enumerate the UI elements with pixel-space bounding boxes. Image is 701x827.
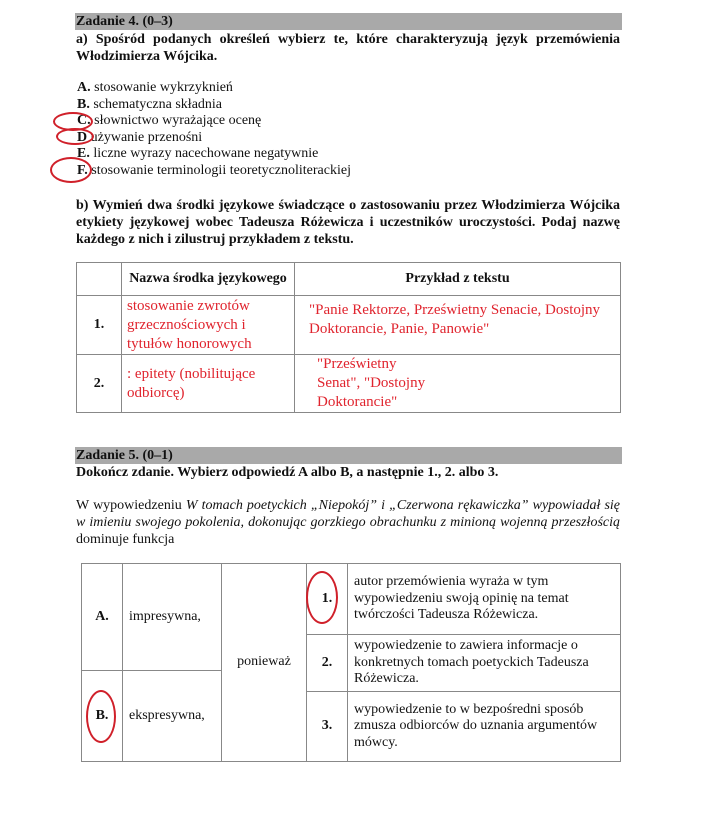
answer-name[interactable]: stosowanie zwrotów grzecznościowych i ty… xyxy=(122,296,295,355)
option-text: słownictwo wyrażające ocenę xyxy=(94,113,261,128)
option-letter: B. xyxy=(77,97,90,112)
row-number: 2. xyxy=(77,355,122,413)
task5-sentence: W wypowiedzeniu W tomach poetyckich „Nie… xyxy=(76,497,620,548)
table-header-blank xyxy=(77,263,122,296)
choice-a-letter[interactable]: A. xyxy=(82,564,123,671)
option-e[interactable]: E. liczne wyrazy nacechowane negatywnie xyxy=(77,146,318,163)
answer-circle-choice-b xyxy=(86,690,116,743)
task4-header: Zadanie 4. (0–3) xyxy=(75,13,622,30)
table-header-name: Nazwa środka językowego xyxy=(122,263,295,296)
option-d[interactable]: D używanie przenośni xyxy=(77,130,202,147)
answer-grid-table: A. impresywna, ponieważ 1. autor przemów… xyxy=(81,563,621,762)
option-f[interactable]: F. stosowanie terminologii teoretycznoli… xyxy=(77,163,351,180)
choice-b-text[interactable]: ekspresywna, xyxy=(123,671,222,762)
connector: ponieważ xyxy=(222,564,307,762)
task5-header: Zadanie 5. (0–1) xyxy=(75,447,622,464)
option-text: używanie przenośni xyxy=(91,130,203,145)
option-text: liczne wyrazy nacechowane negatywnie xyxy=(93,146,318,161)
answer-circle-f xyxy=(50,157,92,183)
task4a-prompt: a) Spośród podanych określeń wybierz te,… xyxy=(76,31,620,65)
option-text: stosowanie terminologii teoretycznoliter… xyxy=(91,163,351,178)
answer-name[interactable]: : epitety (nobilitujące odbiorcę) xyxy=(122,355,295,413)
language-means-table: Nazwa środka językowego Przykład z tekst… xyxy=(76,262,621,413)
answer-example[interactable]: "Prześwietny Senat", "Dostojny Doktoranc… xyxy=(295,355,621,413)
answer-example[interactable]: "Panie Rektorze, Prześwietny Senacie, Do… xyxy=(295,296,621,355)
sentence-lead: W wypowiedzeniu xyxy=(76,498,186,513)
sentence-tail: dominuje funkcja xyxy=(76,532,174,547)
option-text: stosowanie wykrzyknień xyxy=(94,80,233,95)
option-b[interactable]: B. schematyczna składnia xyxy=(77,97,222,114)
option-letter: A. xyxy=(77,80,91,95)
table-row: 2. : epitety (nobilitujące odbiorcę) "Pr… xyxy=(77,355,621,413)
option-a[interactable]: A. stosowanie wykrzyknień xyxy=(77,80,233,97)
reason-1-text[interactable]: autor przemówienia wyraża w tym wypowied… xyxy=(348,564,621,635)
reason-3-text[interactable]: wypowiedzenie to w bezpośredni sposób zm… xyxy=(348,692,621,762)
reason-3-number[interactable]: 3. xyxy=(307,692,348,762)
answer-circle-d xyxy=(56,128,94,145)
option-text: schematyczna składnia xyxy=(93,97,222,112)
row-number: 1. xyxy=(77,296,122,355)
task4b-prompt: b) Wymień dwa środki językowe świadczące… xyxy=(76,197,620,248)
task5-instruction: Dokończ zdanie. Wybierz odpowiedź A albo… xyxy=(76,464,620,481)
answer-circle-reason-1 xyxy=(306,571,338,624)
reason-2-number[interactable]: 2. xyxy=(307,635,348,692)
choice-a-text[interactable]: impresywna, xyxy=(123,564,222,671)
table-row: 1. stosowanie zwrotów grzecznościowych i… xyxy=(77,296,621,355)
reason-2-text[interactable]: wypowiedzenie to zawiera informacje o ko… xyxy=(348,635,621,692)
option-c[interactable]: C. słownictwo wyrażające ocenę xyxy=(77,113,261,130)
table-header-example: Przykład z tekstu xyxy=(295,263,621,296)
